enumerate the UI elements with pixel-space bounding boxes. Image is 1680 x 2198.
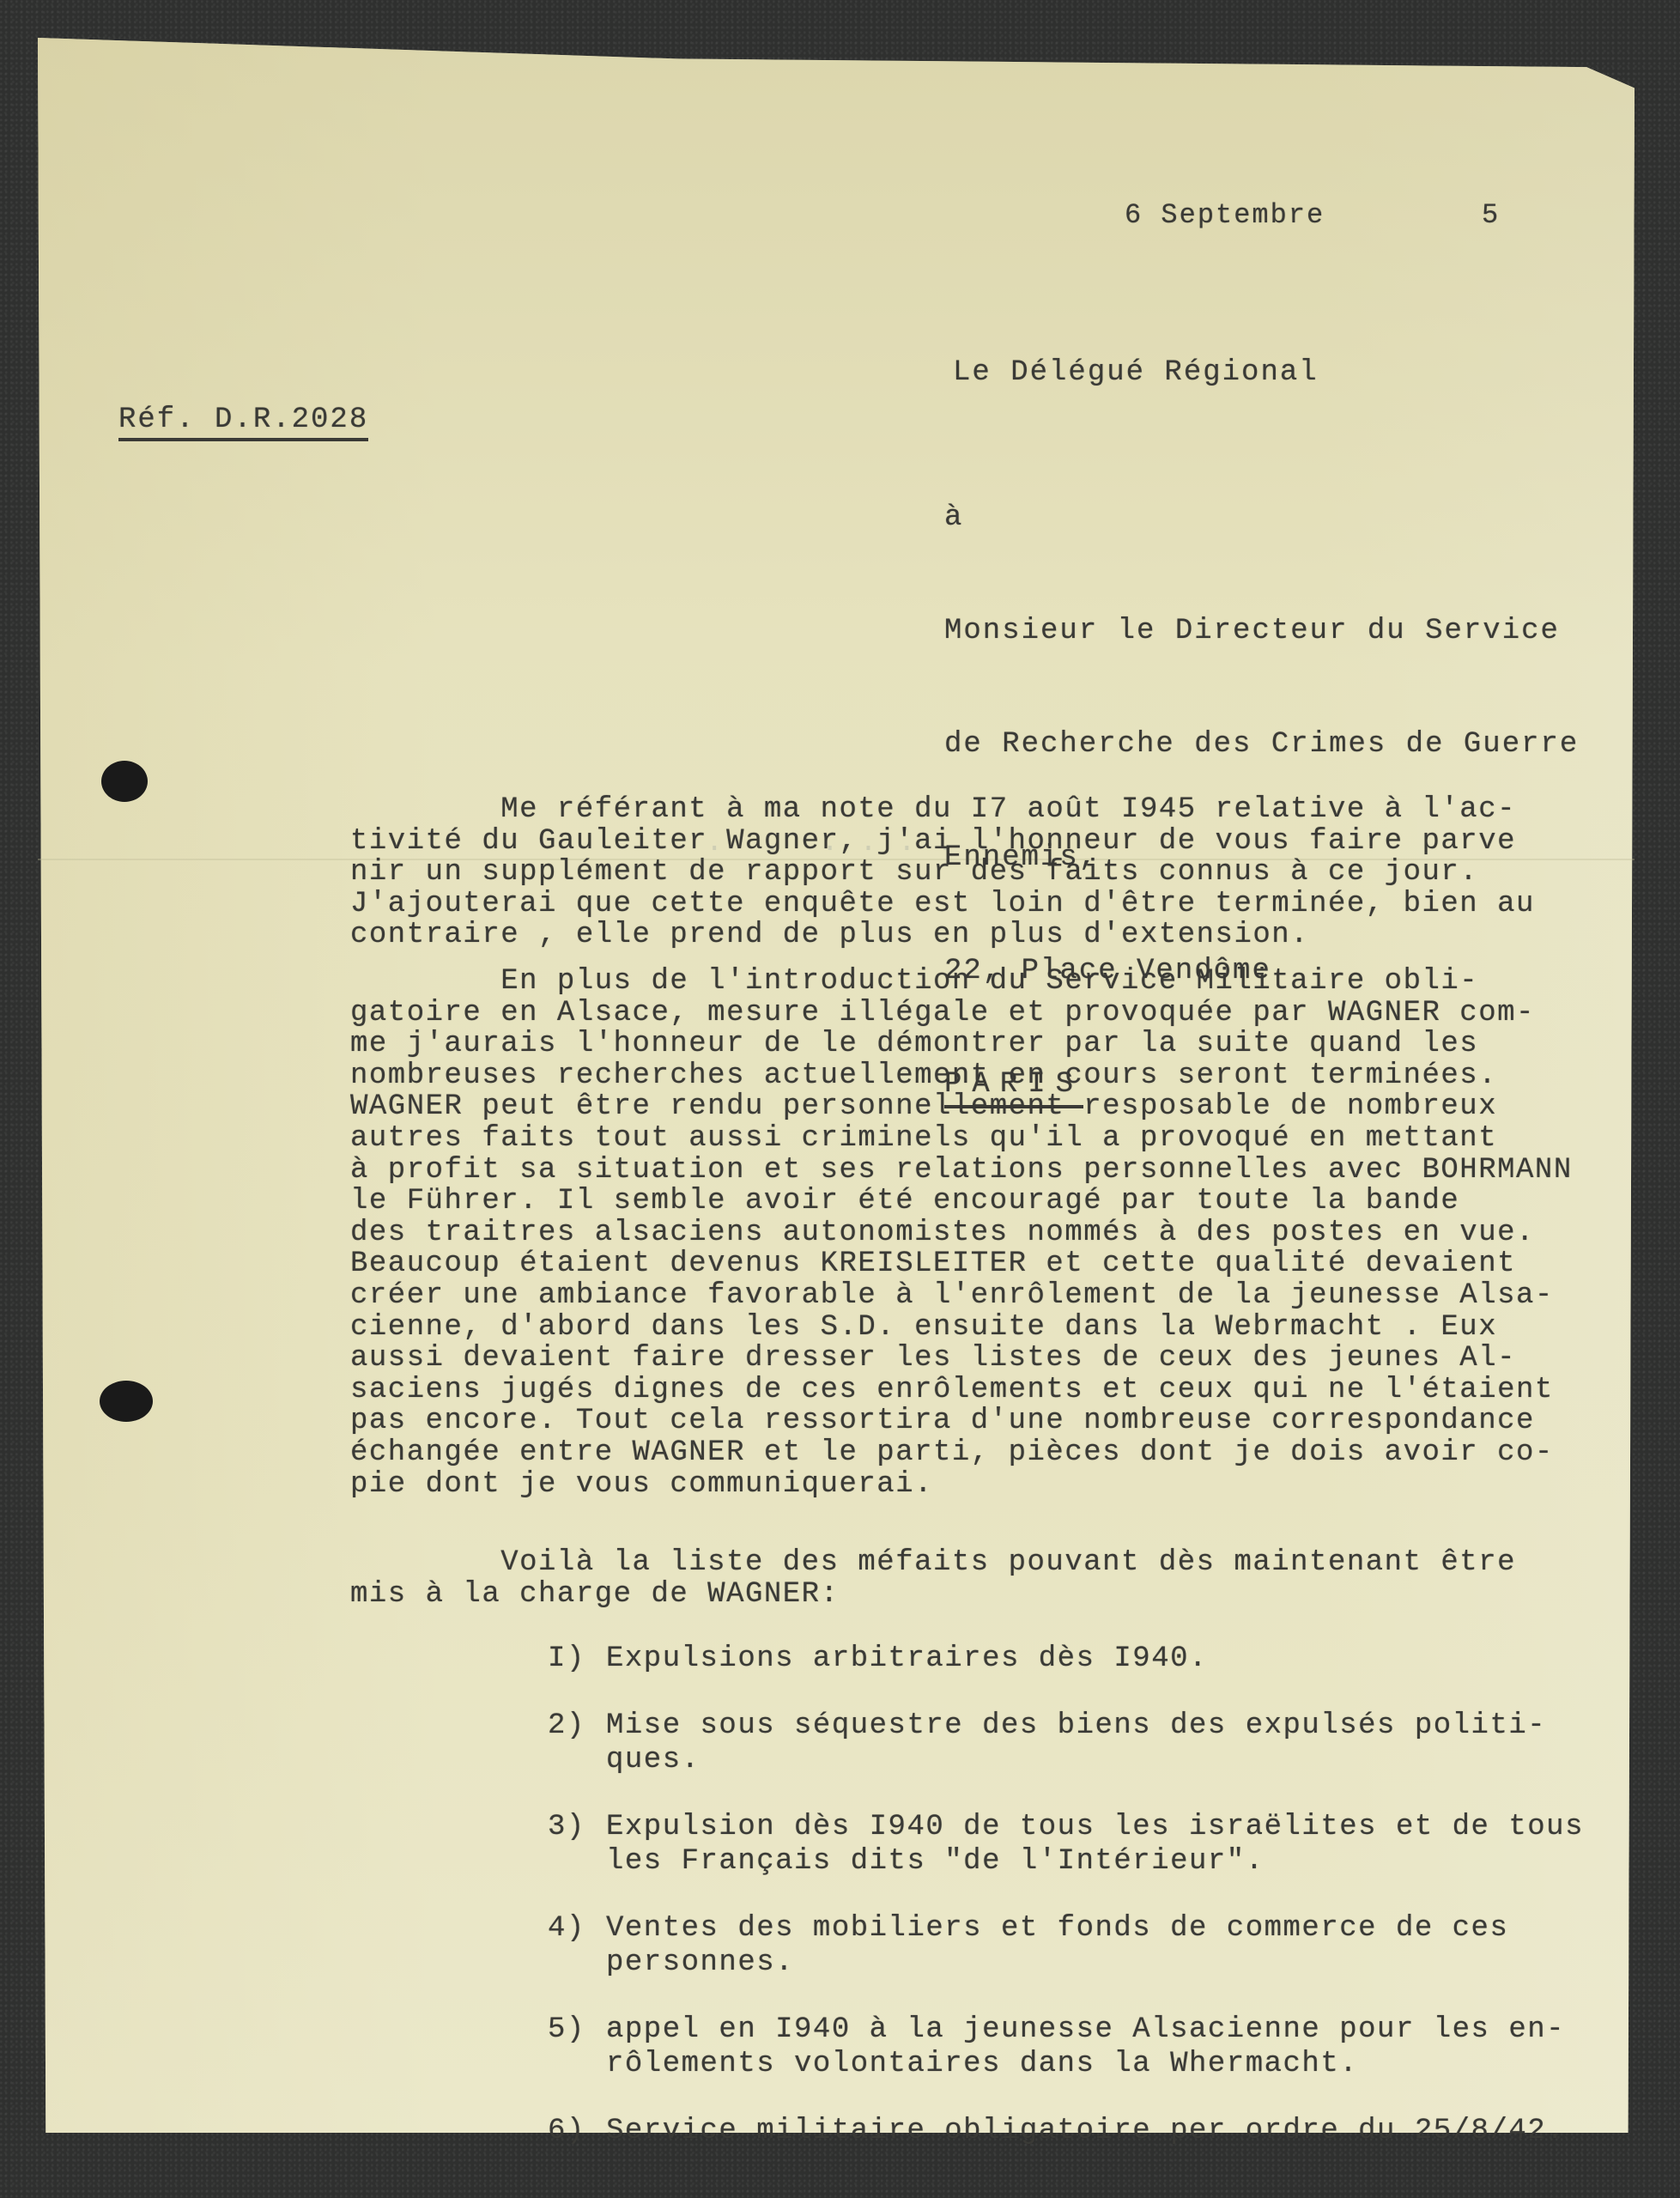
list-item: 2) Mise sous séquestre des biens des exp… [548, 1709, 1621, 1777]
list-text: personnes. [606, 1946, 1508, 1980]
list-number: I) [548, 1642, 606, 1676]
sender-title: Le Délégué Régional [953, 356, 1319, 389]
list-number: 6) [548, 2114, 606, 2148]
body-line: Me référant à ma note du I7 août I945 re… [350, 794, 1595, 826]
body-line: tivité du Gauleiter Wagner, j'ai l'honne… [350, 826, 1595, 858]
body-line: Voilà la liste des méfaits pouvant dès m… [350, 1547, 1595, 1579]
year-fragment: 5 [1482, 199, 1500, 231]
body-line: saciens jugés dignes de ces enrôlements … [350, 1375, 1595, 1406]
body-line: aussi devaient faire dresser les listes … [350, 1343, 1595, 1375]
list-item: 6) Service militaire obligatoire per ord… [548, 2114, 1621, 2148]
body-line: nombreuses recherches actuellement en co… [350, 1060, 1595, 1092]
body-line: nir un supplément de rapport sur des fai… [350, 857, 1595, 889]
body-paragraph-1: Me référant à ma note du I7 août I945 re… [350, 794, 1595, 951]
list-number: 5) [548, 2013, 606, 2081]
list-number: 2) [548, 1709, 606, 1777]
list-item: 3) Expulsion dès I940 de tous les israël… [548, 1810, 1621, 1879]
list-text: appel en I940 à la jeunesse Alsacienne p… [606, 2013, 1565, 2047]
body-line: autres faits tout aussi criminels qu'il … [350, 1123, 1595, 1155]
list-text: Service militaire obligatoire per ordre … [606, 2114, 1565, 2148]
body-line: cienne, d'abord dans les S.D. ensuite da… [350, 1312, 1595, 1344]
punch-hole-icon [100, 1381, 153, 1422]
letter-date: 6 Septembre [1125, 199, 1325, 231]
list-text: rôlements volontaires dans la Whermacht. [606, 2047, 1565, 2081]
list-text: les Français dits "de l'Intérieur". [606, 1844, 1584, 1879]
body-line: le Führer. Il semble avoir été encouragé… [350, 1186, 1595, 1217]
recipient-prefix: à [944, 499, 1579, 537]
body-line: créer une ambiance favorable à l'enrôlem… [350, 1280, 1595, 1312]
body-line: En plus de l'introduction du Service Mil… [350, 966, 1595, 998]
body-line: échangée entre WAGNER et le parti, pièce… [350, 1437, 1595, 1469]
list-text: Expulsions arbitraires dès I940. [606, 1642, 1208, 1676]
body-line: gatoire en Alsace, mesure illégale et pr… [350, 998, 1595, 1029]
body-line: mis à la charge de WAGNER: [350, 1579, 1595, 1611]
body-line: Beaucoup étaient devenus KREISLEITER et … [350, 1248, 1595, 1280]
list-number: 4) [548, 1911, 606, 1980]
list-number: 3) [548, 1810, 606, 1879]
body-line: des traitres alsaciens autonomistes nomm… [350, 1217, 1595, 1249]
list-text: Ventes des mobiliers et fonds de commerc… [606, 1911, 1508, 1946]
body-line: pas encore. Tout cela ressortira d'une n… [350, 1406, 1595, 1437]
charges-list: I) Expulsions arbitraires dès I940. 2) M… [548, 1642, 1621, 2181]
body-line: me j'aurais l'honneur de le démontrer pa… [350, 1029, 1595, 1060]
body-paragraph-3: Voilà la liste des méfaits pouvant dès m… [350, 1547, 1595, 1610]
list-item: I) Expulsions arbitraires dès I940. [548, 1642, 1621, 1676]
body-line: à profit sa situation et ses relations p… [350, 1155, 1595, 1187]
body-line: J'ajouterai que cette enquête est loin d… [350, 889, 1595, 920]
list-text: Expulsion dès I940 de tous les israëlite… [606, 1810, 1584, 1844]
list-item: 5) appel en I940 à la jeunesse Alsacienn… [548, 2013, 1621, 2081]
list-text: ques. [606, 1743, 1546, 1777]
list-item: 4) Ventes des mobiliers et fonds de comm… [548, 1911, 1621, 1980]
body-line: WAGNER peut être rendu personnellement r… [350, 1091, 1595, 1123]
body-line: pie dont je vous communiquerai. [350, 1469, 1595, 1501]
body-line: contraire , elle prend de plus en plus d… [350, 920, 1595, 951]
recipient-line: Monsieur le Directeur du Service [944, 612, 1579, 650]
body-paragraph-2: En plus de l'introduction du Service Mil… [350, 966, 1595, 1500]
reference-number: Réf. D.R.2028 [118, 404, 368, 441]
recipient-line: de Recherche des Crimes de Guerre [944, 726, 1579, 763]
punch-hole-icon [101, 761, 148, 802]
list-text: Mise sous séquestre des biens des expuls… [606, 1709, 1546, 1743]
